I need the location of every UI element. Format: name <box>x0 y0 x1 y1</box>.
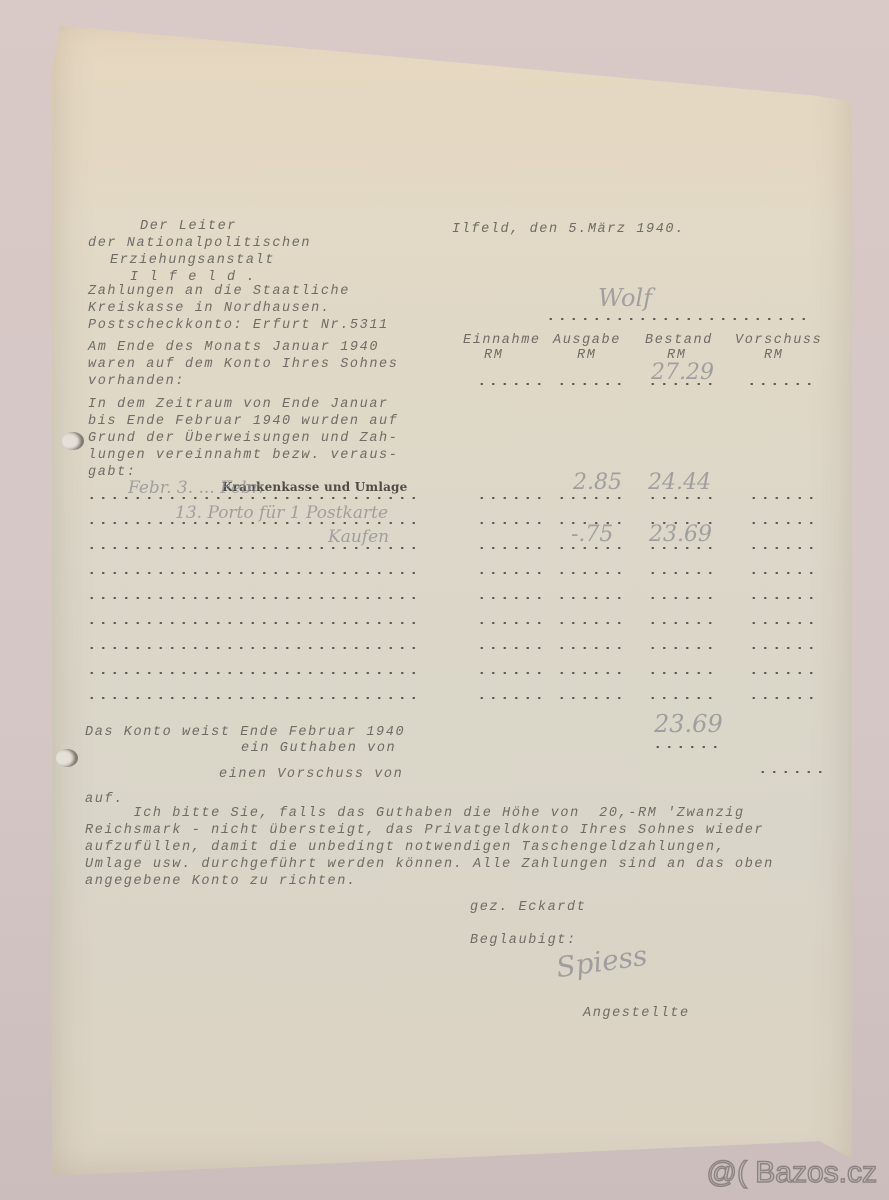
opening-text-2: waren auf dem Konto Ihres Sohnes <box>88 357 398 373</box>
body-line-4: Umlage usw. durchgeführt werden können. … <box>85 857 774 873</box>
entry-1-ausgabe: 2.85 <box>573 470 622 495</box>
opening-einnahme-dots <box>476 383 546 385</box>
period-text-4: lungen vereinnahmt bezw. veraus- <box>88 448 398 464</box>
entry-1-bestand: 24.44 <box>648 470 711 495</box>
payment-note-1: Zahlungen an die Staatliche <box>88 284 350 300</box>
ledger-row-8-col-1-dots <box>86 672 416 674</box>
watermark: @( Bazos.cz <box>707 1156 878 1190</box>
ledger-row-1-col-4-dots <box>647 497 717 499</box>
col-ausgabe: Ausgabe <box>553 333 621 349</box>
ledger-row-8-col-5-dots <box>748 672 818 674</box>
ledger-row-1-col-3-dots <box>556 497 626 499</box>
ledger-row-9-col-4-dots <box>647 697 717 699</box>
entry-2-note: 13. Porto für 1 Postkarte <box>175 503 388 523</box>
ledger-row-3-col-1-dots <box>86 547 416 549</box>
ledger-row-6-col-4-dots <box>647 622 717 624</box>
entry-1-note: Febr. 3. ... Febr. <box>128 478 264 498</box>
ledger-row-5-col-2-dots <box>476 597 546 599</box>
period-text-1: In dem Zeitraum von Ende Januar <box>88 397 389 413</box>
closing-line-1: Das Konto weist Ende Februar 1940 <box>85 725 405 741</box>
opening-ausgabe-dots <box>556 383 626 385</box>
ledger-row-5-col-5-dots <box>748 597 818 599</box>
entry-3-bestand: 23.69 <box>649 522 712 547</box>
closing-guthaben-dots <box>652 746 722 748</box>
ledger-row-7-col-5-dots <box>748 647 818 649</box>
signed-by: gez. Eckardt <box>470 900 586 916</box>
ledger-row-4-col-5-dots <box>748 572 818 574</box>
ledger-row-3-col-5-dots <box>748 547 818 549</box>
ledger-row-4-col-2-dots <box>476 572 546 574</box>
period-text-3: Grund der Überweisungen und Zah- <box>88 431 398 447</box>
entry-3-ausgabe: -.75 <box>571 522 613 547</box>
ledger-row-9-col-2-dots <box>476 697 546 699</box>
ledger-row-5-col-3-dots <box>556 597 626 599</box>
ledger-row-4-col-3-dots <box>556 572 626 574</box>
punch-hole-bottom <box>56 749 78 767</box>
punch-hole-top <box>62 432 84 450</box>
signature-role: Angestellte <box>583 1006 690 1022</box>
period-text-2: bis Ende Februar 1940 wurden auf <box>88 414 398 430</box>
closing-vorschuss-dots <box>757 771 827 773</box>
ledger-row-7-col-4-dots <box>647 647 717 649</box>
ledger-row-3-col-2-dots <box>476 547 546 549</box>
entry-3-note: Kaufen <box>328 527 389 547</box>
ledger-row-8-col-3-dots <box>556 672 626 674</box>
body-line-2: Reichsmark - nicht übersteigt, das Priva… <box>85 823 764 839</box>
handwritten-name: Wolf <box>598 284 652 312</box>
certified-label: Beglaubigt: <box>470 933 577 949</box>
closing-guthaben-value: 23.69 <box>654 710 723 738</box>
col-bestand: Bestand <box>645 333 713 349</box>
ledger-row-7-col-3-dots <box>556 647 626 649</box>
sender-line-3: Erziehungsanstalt <box>110 253 275 269</box>
ledger-row-2-col-4-dots <box>647 522 717 524</box>
col-vorschuss: Vorschuss <box>735 333 822 349</box>
opening-bestand-value: 27.29 <box>651 360 714 385</box>
ledger-row-8-col-4-dots <box>647 672 717 674</box>
ledger-row-6-col-3-dots <box>556 622 626 624</box>
ledger-row-2-col-2-dots <box>476 522 546 524</box>
ledger-row-9-col-1-dots <box>86 697 416 699</box>
col-vorschuss-unit: RM <box>764 348 783 364</box>
sender-line-2: der Nationalpolitischen <box>88 236 311 252</box>
closing-line-3: einen Vorschuss von <box>219 767 403 783</box>
ledger-row-9-col-3-dots <box>556 697 626 699</box>
ledger-row-6-col-5-dots <box>748 622 818 624</box>
opening-text-1: Am Ende des Monats Januar 1940 <box>88 340 379 356</box>
ledger-row-3-col-3-dots <box>556 547 626 549</box>
sender-line-1: Der Leiter <box>140 219 237 235</box>
payment-note-3: Postscheckkonto: Erfurt Nr.5311 <box>88 318 389 334</box>
ledger-row-2-col-1-dots <box>86 522 416 524</box>
body-line-5: angegebene Konto zu richten. <box>85 874 357 890</box>
col-ausgabe-unit: RM <box>577 348 596 364</box>
ledger-row-5-col-4-dots <box>647 597 717 599</box>
ledger-row-4-col-4-dots <box>647 572 717 574</box>
ledger-row-4-col-1-dots <box>86 572 416 574</box>
opening-text-3: vorhanden: <box>88 374 185 390</box>
payment-note-2: Kreiskasse in Nordhausen. <box>88 301 331 317</box>
ledger-row-7-col-1-dots <box>86 647 416 649</box>
name-dotted-line <box>545 318 807 320</box>
col-einnahme-unit: RM <box>484 348 503 364</box>
closing-line-2: ein Guthaben von <box>241 741 396 757</box>
body-line-1: Ich bitte Sie, falls das Guthaben die Hö… <box>85 806 745 822</box>
ledger-row-3-col-4-dots <box>647 547 717 549</box>
ledger-row-2-col-5-dots <box>748 522 818 524</box>
ledger-row-7-col-2-dots <box>476 647 546 649</box>
ledger-row-6-col-1-dots <box>86 622 416 624</box>
ledger-row-5-col-1-dots <box>86 597 416 599</box>
document-sheet <box>52 14 852 1176</box>
opening-vorschuss-dots <box>746 383 816 385</box>
ledger-row-1-col-2-dots <box>476 497 546 499</box>
col-einnahme: Einnahme <box>463 333 541 349</box>
ledger-row-2-col-3-dots <box>556 522 626 524</box>
place-date: Ilfeld, den 5.März 1940. <box>452 222 685 238</box>
ledger-row-1-col-5-dots <box>748 497 818 499</box>
body-line-3: aufzufüllen, damit die unbedingt notwend… <box>85 840 725 856</box>
ledger-row-8-col-2-dots <box>476 672 546 674</box>
ledger-row-6-col-2-dots <box>476 622 546 624</box>
ledger-row-1-col-1-dots <box>86 497 416 499</box>
ledger-row-9-col-5-dots <box>748 697 818 699</box>
